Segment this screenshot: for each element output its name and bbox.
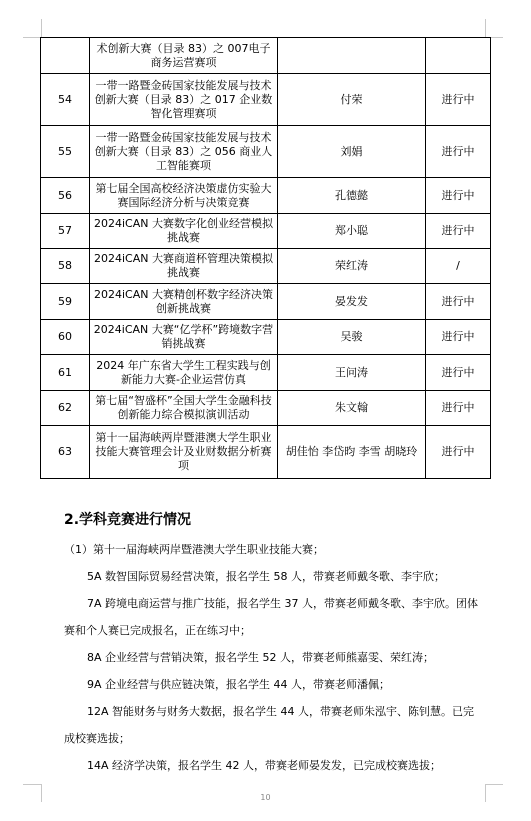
competition-name: 2024iCAN 大赛“亿学杯”跨境数字营销挑战赛 xyxy=(90,320,278,355)
paragraph: 8A 企业经营与营销决策，报名学生 52 人，带赛老师熊嘉雯、荣红涛； xyxy=(64,644,484,671)
teacher-name: 朱文翰 xyxy=(278,391,426,426)
row-number: 60 xyxy=(41,320,90,355)
teacher-name: 吴骏 xyxy=(278,320,426,355)
teacher-name: 郑小聪 xyxy=(278,214,426,249)
subsection-title: （1）第十一届海峡两岸暨港澳大学生职业技能大赛； xyxy=(64,536,484,563)
status: 进行中 xyxy=(426,426,491,479)
paragraph: 5A 数智国际贸易经营决策，报名学生 58 人，带赛老师戴冬歌、李宇欣； xyxy=(64,563,484,590)
teacher-name: 付荣 xyxy=(278,74,426,126)
paragraph: 14A 经济学决策，报名学生 42 人，带赛老师晏发发，已完成校赛选拔； xyxy=(64,752,484,779)
row-number: 59 xyxy=(41,284,90,320)
teacher-name: 荣红涛 xyxy=(278,249,426,284)
table-row: 602024iCAN 大赛“亿学杯”跨境数字营销挑战赛吴骏进行中 xyxy=(41,320,491,355)
row-number: 62 xyxy=(41,391,90,426)
competition-name: 一带一路暨金砖国家技能发展与技术创新大赛（目录 83）之 017 企业数智化管理… xyxy=(90,74,278,126)
row-number: 56 xyxy=(41,178,90,214)
status: 进行中 xyxy=(426,355,491,391)
paragraph: 12A 智能财务与财务大数据，报名学生 44 人，带赛老师朱泓宇、陈钊慧。已完成… xyxy=(64,698,484,752)
row-number: 58 xyxy=(41,249,90,284)
teacher-name: 晏发发 xyxy=(278,284,426,320)
competition-name: 术创新大赛（目录 83）之 007电子商务运营赛项 xyxy=(90,38,278,74)
row-number: 61 xyxy=(41,355,90,391)
competition-name: 第七届全国高校经济决策虚仿实验大赛国际经济分析与决策竞赛 xyxy=(90,178,278,214)
competition-table: 术创新大赛（目录 83）之 007电子商务运营赛项54一带一路暨金砖国家技能发展… xyxy=(40,37,491,479)
status: 进行中 xyxy=(426,178,491,214)
paragraph: 7A 跨境电商运营与推广技能，报名学生 37 人，带赛老师戴冬歌、李宇欣。团体赛… xyxy=(64,590,484,644)
status: 进行中 xyxy=(426,391,491,426)
row-number: 55 xyxy=(41,126,90,178)
competition-name: 第十一届海峡两岸暨港澳大学生职业技能大赛管理会计及业财数据分析赛项 xyxy=(90,426,278,479)
row-number: 57 xyxy=(41,214,90,249)
competition-name: 2024iCAN 大赛数字化创业经营模拟挑战赛 xyxy=(90,214,278,249)
section-heading: 2.学科竞赛进行情况 xyxy=(64,509,191,529)
teacher-name: 胡佳怡 李岱昀 李雪 胡晓玲 xyxy=(278,426,426,479)
table-row: 572024iCAN 大赛数字化创业经营模拟挑战赛郑小聪进行中 xyxy=(41,214,491,249)
status: 进行中 xyxy=(426,284,491,320)
competition-name: 2024 年广东省大学生工程实践与创新能力大赛-企业运营仿真 xyxy=(90,355,278,391)
status: 进行中 xyxy=(426,214,491,249)
status: / xyxy=(426,249,491,284)
status xyxy=(426,38,491,74)
competition-name: 2024iCAN 大赛精创杯数字经济决策创新挑战赛 xyxy=(90,284,278,320)
status: 进行中 xyxy=(426,74,491,126)
table-row: 63第十一届海峡两岸暨港澳大学生职业技能大赛管理会计及业财数据分析赛项胡佳怡 李… xyxy=(41,426,491,479)
status: 进行中 xyxy=(426,126,491,178)
table-row: 592024iCAN 大赛精创杯数字经济决策创新挑战赛晏发发进行中 xyxy=(41,284,491,320)
competition-name: 2024iCAN 大赛商道杯管理决策模拟挑战赛 xyxy=(90,249,278,284)
row-number xyxy=(41,38,90,74)
paragraph: 9A 企业经营与供应链决策，报名学生 44 人，带赛老师潘佩； xyxy=(64,671,484,698)
table-row: 56第七届全国高校经济决策虚仿实验大赛国际经济分析与决策竞赛孔德懿进行中 xyxy=(41,178,491,214)
table-row: 62第七届“智盛杯”全国大学生金融科技创新能力综合模拟演训活动朱文翰进行中 xyxy=(41,391,491,426)
competition-name: 第七届“智盛杯”全国大学生金融科技创新能力综合模拟演训活动 xyxy=(90,391,278,426)
table-row: 术创新大赛（目录 83）之 007电子商务运营赛项 xyxy=(41,38,491,74)
table-row: 55一带一路暨金砖国家技能发展与技术创新大赛（目录 83）之 056 商业人工智… xyxy=(41,126,491,178)
page-number: 10 xyxy=(0,793,531,802)
teacher-name xyxy=(278,38,426,74)
competition-name: 一带一路暨金砖国家技能发展与技术创新大赛（目录 83）之 056 商业人工智能赛… xyxy=(90,126,278,178)
status: 进行中 xyxy=(426,320,491,355)
teacher-name: 王问涛 xyxy=(278,355,426,391)
teacher-name: 孔德懿 xyxy=(278,178,426,214)
table-row: 54一带一路暨金砖国家技能发展与技术创新大赛（目录 83）之 017 企业数智化… xyxy=(41,74,491,126)
row-number: 54 xyxy=(41,74,90,126)
teacher-name: 刘娟 xyxy=(278,126,426,178)
table-row: 612024 年广东省大学生工程实践与创新能力大赛-企业运营仿真王问涛进行中 xyxy=(41,355,491,391)
table-row: 582024iCAN 大赛商道杯管理决策模拟挑战赛荣红涛/ xyxy=(41,249,491,284)
row-number: 63 xyxy=(41,426,90,479)
